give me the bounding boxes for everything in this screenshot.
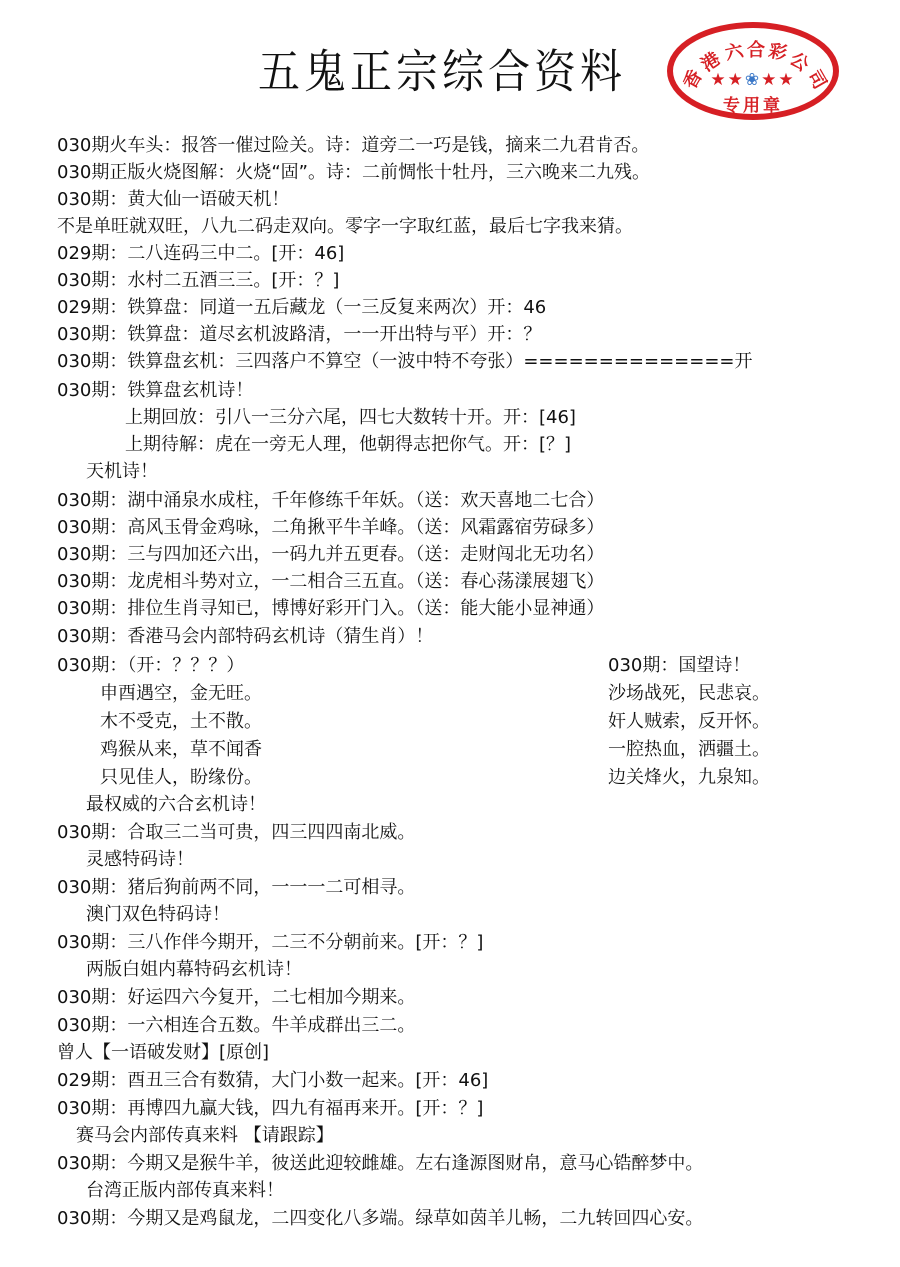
seal-char: 合 xyxy=(747,36,765,62)
text-line: 鸡猴从来，草不闻香 xyxy=(100,739,262,761)
text-line: 灵感特码诗！ xyxy=(86,849,194,871)
seal-char: 六 xyxy=(722,36,745,65)
text-line: 030期：合取三二当可贵，四三四四南北威。 xyxy=(57,822,415,844)
text-line: 两版白姐内幕特码玄机诗！ xyxy=(86,959,302,981)
text-line: 030期：今期又是鸡鼠龙，二四变化八多端。绿草如茵羊儿畅，二九转回四心安。 xyxy=(57,1208,703,1230)
flower-emblem-icon: ❀ xyxy=(745,70,761,90)
text-line: 台湾正版内部传真来料！ xyxy=(86,1180,284,1202)
text-line: 申酉遇空，金无旺。 xyxy=(100,683,262,705)
text-line: 030期：今期又是猴牛羊，彼送此迎较雌雄。左右逢源图财帛，意马心锆醉梦中。 xyxy=(57,1153,703,1175)
star-icon: ★★ xyxy=(761,70,795,90)
side-poem-line: 沙场战死，民悲哀。 xyxy=(608,683,770,705)
side-poem-line: 奸人贼索，反开怀。 xyxy=(608,711,770,733)
text-line: 030期：铁算盘：道尽玄机波路清，一一开出特与平）开：？ xyxy=(57,324,541,346)
text-line: 029期：铁算盘：同道一五后藏龙（一三反复来两次）开：46 xyxy=(57,297,546,319)
text-line: 030期：好运四六今复开，二七相加今期来。 xyxy=(57,987,415,1009)
side-poem-title: 030期：国望诗！ xyxy=(608,655,750,677)
text-line: 上期回放：引八一三分六尾，四七大数转十开。开：[46] xyxy=(125,407,576,429)
text-line: 赛马会内部传真来料 【请跟踪】 xyxy=(76,1125,334,1147)
text-line: 030期火车头：报答一催过险关。诗：道旁二一巧是钱，摘来二九君肯否。 xyxy=(57,135,649,157)
side-poem-line: 一腔热血，洒疆土。 xyxy=(608,739,770,761)
text-line: 030期：再博四九赢大钱，四九有福再来开。[开：？] xyxy=(57,1098,483,1120)
text-line: 天机诗！ xyxy=(86,461,158,483)
text-line: 029期：二八连码三中二。[开：46] xyxy=(57,243,344,265)
text-line: 030期：铁算盘玄机：三四落户不算空（一波中特不夸张）=============… xyxy=(57,351,753,373)
text-line: 上期待解：虎在一旁无人理，他朝得志把你气。开：[？] xyxy=(125,434,571,456)
side-poem-line: 边关烽火，九泉知。 xyxy=(608,767,770,789)
text-line: 曾人【一语破发财】[原创] xyxy=(57,1042,269,1064)
text-line: 030期：铁算盘玄机诗！ xyxy=(57,380,253,402)
text-line: 只见佳人，盼缘份。 xyxy=(100,767,262,789)
text-line: 不是单旺就双旺，八九二码走双向。零字一字取红蓝，最后七字我来猜。 xyxy=(57,216,633,238)
seal-char: 彩 xyxy=(766,36,789,65)
text-line: 030期：一六相连合五数。牛羊成群出三二。 xyxy=(57,1015,415,1037)
text-line: 030期：三与四加还六出，一码九并五更春。（送：走财闯北无功名） xyxy=(57,544,604,566)
text-line: 木不受克，土不散。 xyxy=(100,711,262,733)
text-line: 030期：（开：？？？） xyxy=(57,655,244,677)
company-seal-stamp: 香 港 六 合 彩 公 司 ★★❀★★ 专用章 xyxy=(667,22,839,120)
text-line: 030期正版火烧图解：火烧“固”。诗：二前惆怅十牡丹，三六晚来二九残。 xyxy=(57,162,650,184)
text-line: 030期：香港马会内部特码玄机诗（猜生肖）！ xyxy=(57,626,433,648)
text-line: 澳门双色特码诗！ xyxy=(86,904,230,926)
star-icon: ★★ xyxy=(710,70,744,90)
text-line: 030期：高风玉骨金鸡咏，二角揪平牛羊峰。（送：风霜露宿劳碌多） xyxy=(57,517,604,539)
text-line: 030期：猪后狗前两不同，一一一二可相寻。 xyxy=(57,877,415,899)
text-line: 030期：湖中涌泉水成柱，千年修练千年妖。（送：欢天喜地二七合） xyxy=(57,490,604,512)
text-line: 030期：水村二五酒三三。[开：？] xyxy=(57,270,339,292)
seal-bottom-text: 专用章 xyxy=(673,91,833,116)
text-line: 最权威的六合玄机诗！ xyxy=(86,794,266,816)
text-line: 030期：三八作伴今期开，二三不分朝前来。[开：？] xyxy=(57,932,483,954)
text-line: 030期：龙虎相斗势对立，一二相合三五直。（送：春心荡漾展翅飞） xyxy=(57,571,604,593)
seal-stars: ★★❀★★ xyxy=(673,70,833,90)
text-line: 030期：排位生肖寻知已，博博好彩开门入。（送：能大能小显神通） xyxy=(57,598,604,620)
page-title: 五鬼正宗综合资料 xyxy=(258,36,626,102)
text-line: 030期：黄大仙一语破天机！ xyxy=(57,189,289,211)
text-line: 029期：酉丑三合有数猜，大门小数一起来。[开：46] xyxy=(57,1070,488,1092)
